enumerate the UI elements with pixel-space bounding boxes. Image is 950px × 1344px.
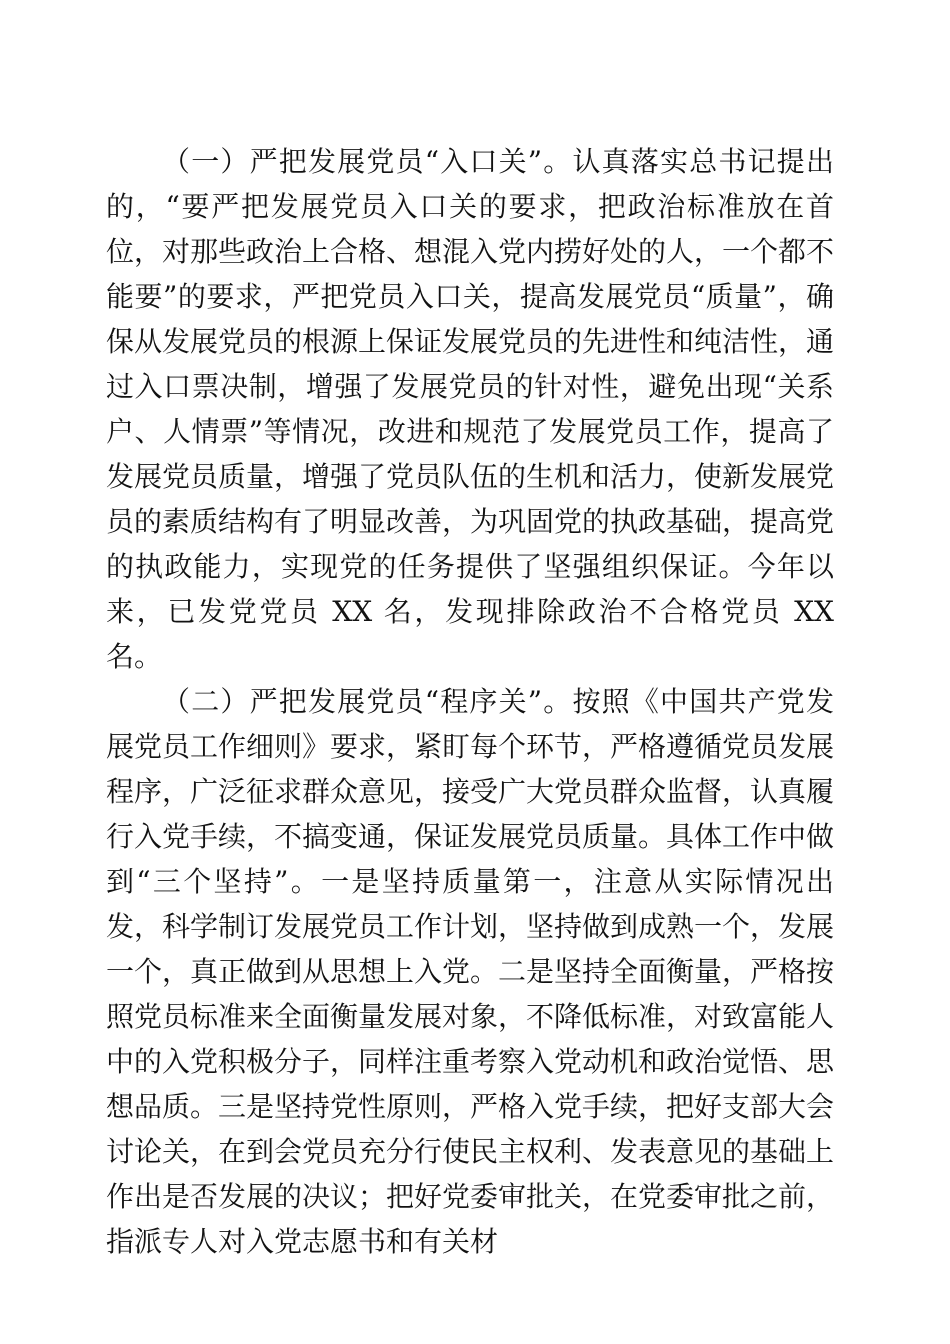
paragraph-2: （二）严把发展党员“程序关”。按照《中国共产党发展党员工作细则》要求，紧盯每个环… xyxy=(106,679,834,1264)
document-body: （一）严把发展党员“入口关”。认真落实总书记提出的，“要严把发展党员入口关的要求… xyxy=(106,139,834,1264)
paragraph-1: （一）严把发展党员“入口关”。认真落实总书记提出的，“要严把发展党员入口关的要求… xyxy=(106,139,834,679)
document-page: （一）严把发展党员“入口关”。认真落实总书记提出的，“要严把发展党员入口关的要求… xyxy=(0,0,950,1344)
